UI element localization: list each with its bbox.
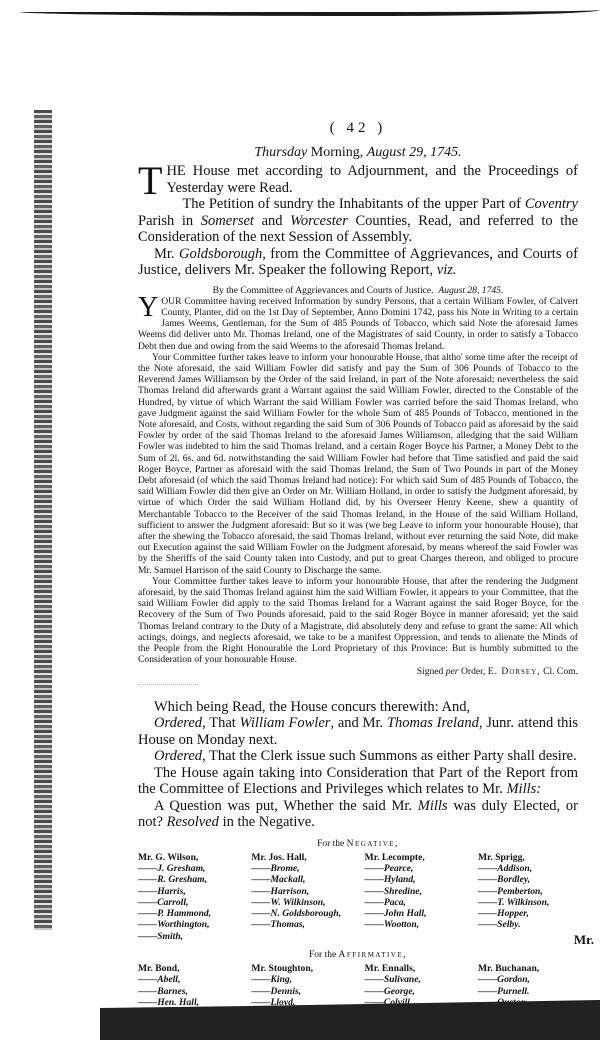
- question-paragraph: A Question was put, Whether the said Mr.…: [138, 798, 578, 831]
- affirmative-title: For the Affirmative,: [138, 950, 578, 960]
- binding-edge: [34, 110, 52, 930]
- voter: ——J. Gresham,: [138, 863, 238, 874]
- text: Worcester: [290, 213, 348, 229]
- opening-text: HE House met according to Adjournment, a…: [166, 163, 578, 196]
- text: Order,: [459, 666, 488, 677]
- voter: ——W. Wilkinson,: [251, 897, 351, 908]
- voter: Mr. Bond,: [138, 963, 238, 974]
- text: , That the Clerk issue such Summons as e…: [202, 748, 577, 764]
- voter: ——King,: [251, 974, 351, 985]
- voter: ——Carroll,: [138, 897, 238, 908]
- voter: Mr. Ennalls,: [365, 963, 465, 974]
- voter: ——Hyland,: [365, 874, 465, 885]
- dateline-time: Morning,: [307, 145, 367, 160]
- text: Negative,: [347, 839, 399, 849]
- text: The Petition of sundry the Inhabitants o…: [182, 196, 524, 212]
- vote-column: Mr. G. Wilson, ——J. Gresham, ——R. Gresha…: [138, 852, 238, 942]
- voter: ——Gordon,: [478, 974, 578, 985]
- report-heading-text: By the Committee of Aggrievances and Cou…: [213, 285, 434, 296]
- voter: ——George,: [365, 986, 465, 997]
- voter: Mr. Sprigg,: [478, 852, 578, 863]
- ordered-attend-paragraph: Ordered, That William Fowler, and Mr. Th…: [138, 715, 578, 748]
- text: Mills:: [506, 781, 541, 797]
- dropcap-t: T: [138, 165, 162, 197]
- petition-paragraph: The Petition of sundry the Inhabitants o…: [138, 196, 578, 246]
- voter: ——Brome,: [251, 863, 351, 874]
- dateline-date: August 29, 1745.: [367, 145, 462, 160]
- voter: ——Pemberton,: [478, 886, 578, 897]
- opening-section: THE House met according to Adjournment, …: [138, 163, 578, 279]
- voter: ——Sulivane,: [365, 974, 465, 985]
- text: William Fowler: [240, 715, 331, 731]
- text: viz.: [437, 262, 457, 278]
- text: Signed: [417, 666, 446, 677]
- signer-name: E. Dorsey,: [488, 666, 541, 677]
- report-date: August 28, 1745.: [438, 285, 503, 296]
- voter: Mr. Buchanan,: [478, 963, 578, 974]
- catchword: Mr.: [574, 932, 594, 948]
- voter: ——T. Wilkinson,: [478, 897, 578, 908]
- voter: ——Paca,: [365, 897, 465, 908]
- voter: ——Mackall,: [251, 874, 351, 885]
- text: Affirmative,: [339, 950, 407, 960]
- voter: ——Purnell.: [478, 986, 578, 997]
- voter: ——Barnes,: [138, 986, 238, 997]
- proceedings-section: Which being Read, the House concurs ther…: [138, 699, 578, 831]
- text: Coventry: [525, 196, 578, 212]
- voter: ——Addison,: [478, 863, 578, 874]
- negative-title: For the Negative,: [138, 839, 578, 849]
- text: Thomas Ireland: [387, 715, 479, 731]
- opening-paragraph: THE House met according to Adjournment, …: [138, 163, 578, 196]
- signature-line: Signed per Order, E. Dorsey, Cl. Com.: [138, 666, 578, 677]
- page-top-edge: [20, 0, 600, 16]
- voter: Mr. G. Wilson,: [138, 852, 238, 863]
- vote-column: Mr. Lecompte, ——Pearce, ——Hyland, ——Shre…: [365, 852, 465, 942]
- report-paragraph-2: Your Committee further takes leave to in…: [138, 352, 578, 576]
- voter: ——John Hall,: [365, 908, 465, 919]
- voter: ——Pearce,: [365, 863, 465, 874]
- text: and: [254, 213, 290, 229]
- voter: ——Harrison,: [251, 886, 351, 897]
- voter: ——Harris,: [138, 886, 238, 897]
- voter: ——Wootton,: [365, 919, 465, 930]
- text: OUR Committee having received Informatio…: [138, 296, 578, 352]
- voter: ——N. Goldsborough,: [251, 908, 351, 919]
- document-page: ( 42 ) Thursday Morning, August 29, 1745…: [138, 120, 578, 1019]
- concurrence-paragraph: Which being Read, the House concurs ther…: [138, 699, 578, 716]
- voter: ——Smith,: [138, 931, 238, 942]
- voter: ——Bordley,: [478, 874, 578, 885]
- voter: ——Dennis,: [251, 986, 351, 997]
- dropcap-y: Y: [138, 297, 158, 319]
- text: Resolved: [167, 814, 219, 830]
- text: Mr.: [154, 246, 179, 262]
- text: Mills: [418, 798, 448, 814]
- text: A Question was put, Whether the said Mr.: [154, 798, 418, 814]
- text: Goldsborough: [179, 246, 262, 262]
- goldsborough-paragraph: Mr. Goldsborough, from the Committee of …: [138, 246, 578, 279]
- report-heading: By the Committee of Aggrievances and Cou…: [138, 285, 578, 296]
- text: in the Negative.: [219, 814, 315, 830]
- page-number: ( 42 ): [138, 120, 578, 137]
- committee-report: By the Committee of Aggrievances and Cou…: [138, 285, 578, 678]
- voter: ——Worthington,: [138, 919, 238, 930]
- text: Ordered: [154, 748, 202, 764]
- elections-paragraph: The House again taking into Consideratio…: [138, 765, 578, 798]
- text: , That: [202, 715, 240, 731]
- ordered-summons-paragraph: Ordered, That the Clerk issue such Summo…: [138, 748, 578, 765]
- voter: Mr. Lecompte,: [365, 852, 465, 863]
- text: For the: [309, 950, 339, 960]
- voter: Mr. Stoughton,: [251, 963, 351, 974]
- vote-column: Mr. Jos. Hall, ——Brome, ——Mackall, ——Har…: [251, 852, 351, 942]
- text: Parish in: [138, 213, 201, 229]
- report-paragraph-1: YOUR Committee having received Informati…: [138, 296, 578, 352]
- text: Cl. Com.: [541, 666, 578, 677]
- text: For the: [317, 839, 347, 849]
- text: Somerset: [201, 213, 254, 229]
- text: , and Mr.: [330, 715, 387, 731]
- negative-votes: Mr. G. Wilson, ——J. Gresham, ——R. Gresha…: [138, 852, 578, 942]
- voter: ——Abell,: [138, 974, 238, 985]
- dateline-day: Thursday: [254, 145, 307, 160]
- voter: ——Thomas,: [251, 919, 351, 930]
- dateline: Thursday Morning, August 29, 1745.: [138, 145, 578, 161]
- voter: ——Hopper,: [478, 908, 578, 919]
- voter: ——Shredine,: [365, 886, 465, 897]
- report-paragraph-3: Your Committee further takes leave to in…: [138, 576, 578, 666]
- text: per: [446, 666, 459, 677]
- text: Ordered: [154, 715, 202, 731]
- voter: ——R. Gresham,: [138, 874, 238, 885]
- voter: ——Selby.: [478, 919, 578, 930]
- divider: [138, 684, 198, 685]
- voter: Mr. Jos. Hall,: [251, 852, 351, 863]
- voter: ——P. Hammond,: [138, 908, 238, 919]
- vote-column: Mr. Sprigg, ——Addison, ——Bordley, ——Pemb…: [478, 852, 578, 942]
